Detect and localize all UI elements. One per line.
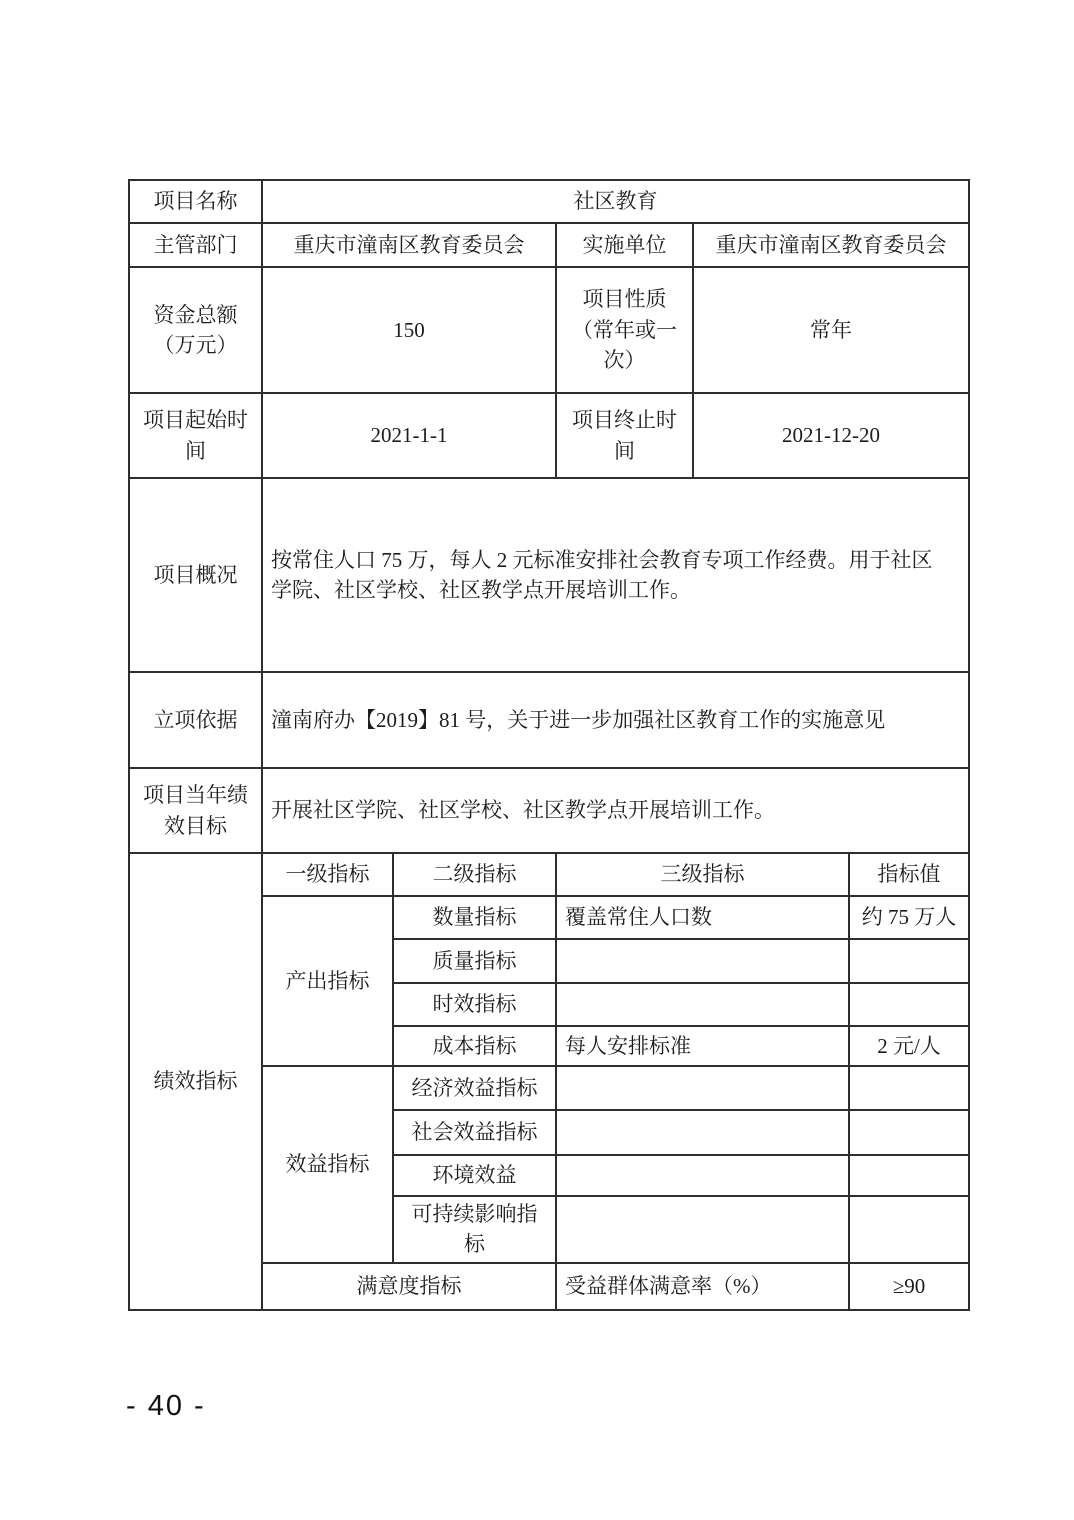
level3-sustainability-indicator bbox=[556, 1196, 849, 1263]
level2-environment-benefit: 环境效益 bbox=[393, 1155, 556, 1196]
level2-cost-indicator: 成本指标 bbox=[393, 1026, 556, 1066]
supervisor-dept-label: 主管部门 bbox=[129, 223, 262, 267]
level3-satisfaction-rate: 受益群体满意率（%） bbox=[556, 1263, 849, 1310]
end-date-label: 项目终止时 间 bbox=[556, 393, 693, 478]
level3-economic-benefit bbox=[556, 1066, 849, 1110]
level2-satisfaction-indicator: 满意度指标 bbox=[262, 1263, 556, 1310]
level3-environment-benefit bbox=[556, 1155, 849, 1196]
annual-goal-value: 开展社区学院、社区学校、社区教学点开展培训工作。 bbox=[262, 768, 969, 853]
approval-basis-label: 立项依据 bbox=[129, 672, 262, 768]
start-date-value: 2021-1-1 bbox=[262, 393, 556, 478]
project-performance-table: 项目名称 社区教育 主管部门 重庆市潼南区教育委员会 实施单位 重庆市潼南区教育… bbox=[128, 179, 970, 1311]
project-overview-value: 按常住人口 75 万，每人 2 元标准安排社会教育专项工作经费。用于社区 学院、… bbox=[262, 478, 969, 672]
performance-indicators-side-label: 绩效指标 bbox=[129, 853, 262, 1310]
end-date-value: 2021-12-20 bbox=[693, 393, 969, 478]
project-name-value: 社区教育 bbox=[262, 180, 969, 223]
total-funds-label: 资金总额 （万元） bbox=[129, 267, 262, 393]
level2-social-benefit: 社会效益指标 bbox=[393, 1110, 556, 1155]
value-social-benefit bbox=[849, 1110, 969, 1155]
level2-quantity-indicator: 数量指标 bbox=[393, 896, 556, 939]
total-funds-value: 150 bbox=[262, 267, 556, 393]
project-nature-value: 常年 bbox=[693, 267, 969, 393]
project-overview-label: 项目概况 bbox=[129, 478, 262, 672]
value-cost-indicator: 2 元/人 bbox=[849, 1026, 969, 1066]
project-name-label: 项目名称 bbox=[129, 180, 262, 223]
indicator-header-level2: 二级指标 bbox=[393, 853, 556, 896]
level2-quality-indicator: 质量指标 bbox=[393, 939, 556, 983]
level3-social-benefit bbox=[556, 1110, 849, 1155]
level2-sustainability-indicator: 可持续影响指 标 bbox=[393, 1196, 556, 1263]
approval-basis-value: 潼南府办【2019】81 号，关于进一步加强社区教育工作的实施意见 bbox=[262, 672, 969, 768]
supervisor-dept-value: 重庆市潼南区教育委员会 bbox=[262, 223, 556, 267]
document-page: 项目名称 社区教育 主管部门 重庆市潼南区教育委员会 实施单位 重庆市潼南区教育… bbox=[0, 0, 1074, 1520]
indicator-header-value: 指标值 bbox=[849, 853, 969, 896]
implementing-unit-label: 实施单位 bbox=[556, 223, 693, 267]
value-timeliness-indicator bbox=[849, 983, 969, 1026]
start-date-label: 项目起始时 间 bbox=[129, 393, 262, 478]
value-economic-benefit bbox=[849, 1066, 969, 1110]
value-sustainability-indicator bbox=[849, 1196, 969, 1263]
level1-output-indicators: 产出指标 bbox=[262, 896, 393, 1066]
level3-cost-indicator: 每人安排标准 bbox=[556, 1026, 849, 1066]
indicator-header-level3: 三级指标 bbox=[556, 853, 849, 896]
value-quality-indicator bbox=[849, 939, 969, 983]
page-number: - 40 - bbox=[126, 1390, 206, 1423]
annual-goal-label: 项目当年绩 效目标 bbox=[129, 768, 262, 853]
value-satisfaction-rate: ≥90 bbox=[849, 1263, 969, 1310]
indicator-header-level1: 一级指标 bbox=[262, 853, 393, 896]
implementing-unit-value: 重庆市潼南区教育委员会 bbox=[693, 223, 969, 267]
level3-timeliness-indicator bbox=[556, 983, 849, 1026]
level2-timeliness-indicator: 时效指标 bbox=[393, 983, 556, 1026]
level2-economic-benefit: 经济效益指标 bbox=[393, 1066, 556, 1110]
level3-quality-indicator bbox=[556, 939, 849, 983]
level1-benefit-indicators: 效益指标 bbox=[262, 1066, 393, 1263]
level3-quantity-indicator: 覆盖常住人口数 bbox=[556, 896, 849, 939]
project-nature-label: 项目性质 （常年或一 次） bbox=[556, 267, 693, 393]
value-quantity-indicator: 约 75 万人 bbox=[849, 896, 969, 939]
value-environment-benefit bbox=[849, 1155, 969, 1196]
